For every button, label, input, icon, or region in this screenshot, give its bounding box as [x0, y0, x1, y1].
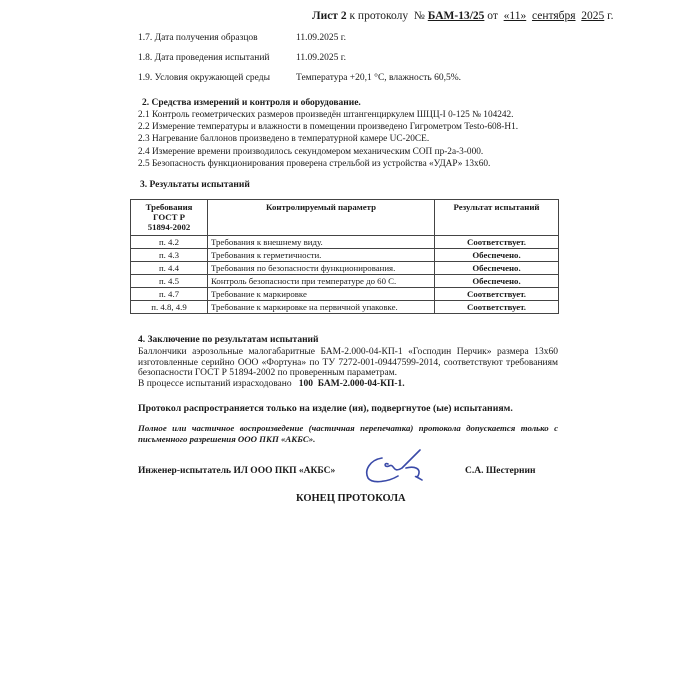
protocol-month: сентября	[532, 10, 576, 22]
section-3-title: 3. Результаты испытаний	[140, 180, 250, 190]
parameter-cell: Требование к маркировке на первичной упа…	[208, 301, 435, 314]
requirement-cell: п. 4.3	[131, 249, 208, 262]
conclusion-text: Баллончики аэрозольные малогабаритные БА…	[138, 347, 558, 379]
requirement-cell: п. 4.4	[131, 262, 208, 275]
info-label: 1.8. Дата проведения испытаний	[138, 53, 270, 63]
table-header-row: Требования ГОСТ Р 51894-2002 Контролируе…	[131, 200, 559, 236]
table-row: п. 4.5 Контроль безопасности при темпера…	[131, 275, 559, 288]
parameter-cell: Требования к внешнему виду.	[208, 236, 435, 249]
table-row: п. 4.4 Требования по безопасности функци…	[131, 262, 559, 275]
protocol-year: 2025	[581, 10, 604, 22]
column-header-parameter: Контролируемый параметр	[208, 200, 435, 236]
info-value: Температура +20,1 °С, влажность 60,5%.	[296, 73, 461, 83]
results-table: Требования ГОСТ Р 51894-2002 Контролируе…	[130, 199, 559, 314]
column-header-result: Результат испытаний	[435, 200, 559, 236]
info-value: 11.09.2025 г.	[296, 53, 346, 63]
end-of-protocol: КОНЕЦ ПРОТОКОЛА	[296, 493, 406, 504]
result-cell: Соответствует.	[435, 288, 559, 301]
equipment-item: 2.2 Измерение температуры и влажности в …	[138, 122, 518, 132]
table-row: п. 4.2 Требования к внешнему виду. Соотв…	[131, 236, 559, 249]
requirement-cell: п. 4.8, 4.9	[131, 301, 208, 314]
result-cell: Обеспечено.	[435, 262, 559, 275]
consumed-quantity: 100	[299, 379, 313, 389]
sheet-header: Лист 2 к протоколу № БАМ-13/25 от «11» с…	[312, 10, 613, 22]
table-row: п. 4.7 Требование к маркировке Соответст…	[131, 288, 559, 301]
protocol-day: «11»	[504, 10, 527, 22]
parameter-cell: Требование к маркировке	[208, 288, 435, 301]
table-row: п. 4.3 Требования к герметичности. Обесп…	[131, 249, 559, 262]
scope-notice: Протокол распространяется только на изде…	[138, 403, 513, 414]
sheet-number: Лист 2	[312, 10, 347, 22]
parameter-cell: Контроль безопасности при температуре до…	[208, 275, 435, 288]
signature-mark	[362, 446, 434, 488]
consumed-item: БАМ-2.000-04-КП-1.	[318, 379, 405, 389]
copyright-notice: Полное или частичное воспроизведение (ча…	[138, 423, 558, 445]
requirement-cell: п. 4.5	[131, 275, 208, 288]
equipment-item: 2.4 Измерение времени производилось секу…	[138, 147, 483, 157]
requirement-cell: п. 4.7	[131, 288, 208, 301]
equipment-item: 2.1 Контроль геометрических размеров про…	[138, 110, 514, 120]
section-4-title: 4. Заключение по результатам испытаний	[138, 335, 319, 345]
result-cell: Обеспечено.	[435, 275, 559, 288]
info-value: 11.09.2025 г.	[296, 33, 346, 43]
result-cell: Соответствует.	[435, 236, 559, 249]
consumed-line: В процессе испытаний израсходовано 100 Б…	[138, 379, 405, 389]
equipment-item: 2.3 Нагревание баллонов произведено в те…	[138, 134, 429, 144]
signer-position: Инженер-испытатель ИЛ ООО ПКП «АКБС»	[138, 466, 335, 476]
column-header-requirement: Требования ГОСТ Р 51894-2002	[131, 200, 208, 236]
result-cell: Обеспечено.	[435, 249, 559, 262]
equipment-item: 2.5 Безопасность функционирования провер…	[138, 159, 490, 169]
protocol-number: БАМ-13/25	[428, 10, 485, 22]
info-label: 1.9. Условия окружающей среды	[138, 73, 270, 83]
parameter-cell: Требования к герметичности.	[208, 249, 435, 262]
table-row: п. 4.8, 4.9 Требование к маркировке на п…	[131, 301, 559, 314]
result-cell: Соответствует.	[435, 301, 559, 314]
parameter-cell: Требования по безопасности функционирова…	[208, 262, 435, 275]
signer-name: С.А. Шестернин	[465, 466, 535, 476]
requirement-cell: п. 4.2	[131, 236, 208, 249]
section-2-title: 2. Средства измерений и контроля и обору…	[142, 98, 361, 108]
info-label: 1.7. Дата получения образцов	[138, 33, 258, 43]
